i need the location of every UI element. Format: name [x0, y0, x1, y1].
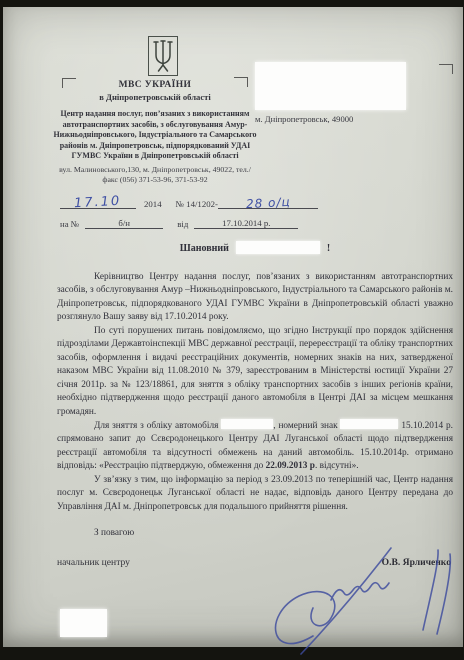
- signer-position: начальник центру: [57, 557, 130, 568]
- paragraph-intro: Керівництво Центру надання послуг, пов’я…: [57, 271, 453, 325]
- salutation-prefix: Шановний: [180, 243, 229, 254]
- paragraph-regulation: По суті порушених питань повідомляємо, щ…: [57, 325, 453, 419]
- reply-date-value: 17.10.2014 р.: [222, 218, 270, 228]
- p3-bold-date: 22.09.2013 р: [266, 461, 315, 471]
- org-name: МВС УКРАЇНИ: [53, 80, 257, 90]
- sender-block: МВС УКРАЇНИ в Дніпропетровській області …: [53, 80, 257, 185]
- reply-number-value: б/н: [118, 218, 130, 228]
- reply-to-label: на №: [60, 219, 79, 229]
- org-address: вул. Малиновського,130, м. Дніпропетровс…: [53, 165, 257, 185]
- reply-number-field: б/н: [85, 218, 163, 229]
- corner-mark-recipient: [439, 64, 453, 74]
- p3-text-5: . відсутні».: [315, 461, 359, 471]
- reference-line-incoming: на № б/н від 17.10.2014 р.: [60, 218, 390, 229]
- redaction-box-addressee-name: [236, 241, 320, 254]
- redaction-box-plate-number: [340, 419, 398, 429]
- reply-date-field: 17.10.2014 р.: [194, 218, 298, 229]
- doc-number-field: 28 о/ц: [218, 196, 318, 209]
- org-region: в Дніпропетровській області: [53, 92, 257, 102]
- reference-block: 17.10 2014 № 14/1202- 28 о/ц на № б/н ві…: [60, 195, 390, 229]
- scanned-letter-photo: МВС УКРАЇНИ в Дніпропетровській області …: [0, 0, 464, 660]
- date-field: 17.10: [60, 195, 136, 209]
- redaction-box-car-model: [221, 419, 273, 429]
- reference-line-outgoing: 17.10 2014 № 14/1202- 28 о/ц: [60, 195, 390, 209]
- handwritten-date: 17.10: [74, 194, 122, 211]
- redaction-box-recipient: [255, 62, 406, 110]
- paragraph-conclusion: У зв’язку з тим, що інформацію за період…: [57, 474, 453, 514]
- paragraph-request: Для зняття з обліку автомобіля , номерни…: [57, 419, 453, 474]
- year-label: 2014: [144, 199, 162, 209]
- ukraine-trident-icon: [148, 36, 178, 76]
- letter-body: Шановний ! Керівництво Центру надання по…: [57, 241, 453, 568]
- doc-number-prefix: № 14/1202-: [176, 199, 218, 209]
- closing-regards: З повагою: [57, 527, 453, 540]
- salutation-suffix: !: [327, 243, 330, 254]
- reply-date-label: від: [177, 219, 188, 229]
- org-description: Центр надання послуг, пов’язаних з викор…: [53, 109, 257, 162]
- letter-page: МВС УКРАЇНИ в Дніпропетровській області …: [3, 7, 463, 647]
- handwritten-doc-number: 28 о/ц: [245, 195, 290, 211]
- p3-text-1: Для зняття з обліку автомобіля: [94, 421, 221, 431]
- p3-text-2: , номерний знак: [273, 421, 340, 431]
- redaction-box-bottom: [60, 609, 107, 637]
- salutation-line: Шановний !: [57, 241, 453, 254]
- handwritten-signature: [241, 540, 453, 660]
- recipient-city: м. Дніпропетровськ, 49000: [255, 114, 405, 124]
